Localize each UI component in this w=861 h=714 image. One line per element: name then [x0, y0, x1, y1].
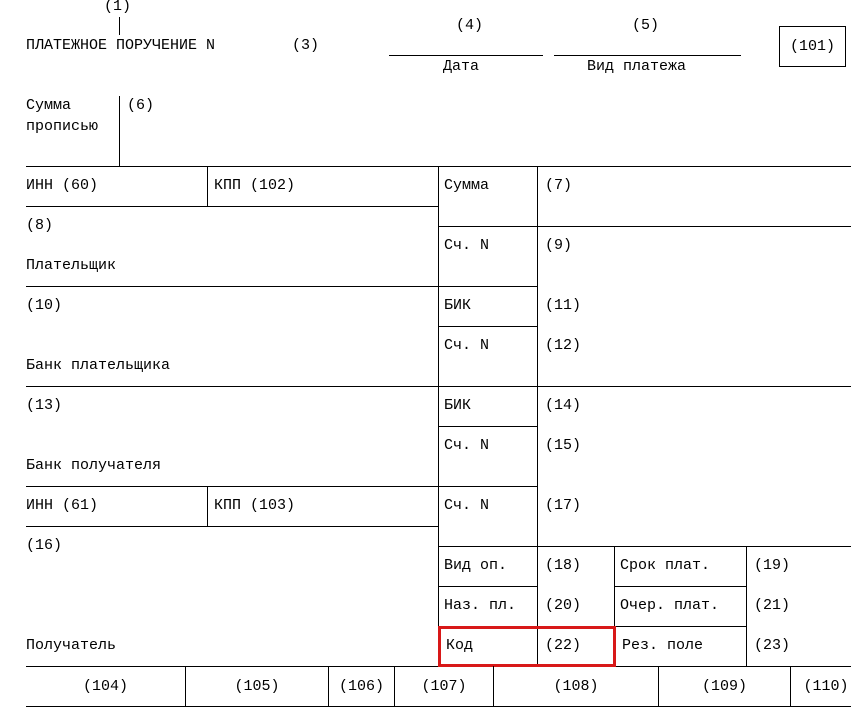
sum-label: Сумма [444, 177, 489, 194]
payee-bank-label: Банк получателя [26, 457, 161, 474]
payer-label: Плательщик [26, 257, 116, 274]
field-8[interactable]: (8) [26, 217, 53, 234]
amount-words-divider [119, 96, 120, 166]
reserve-label: Рез. поле [622, 637, 703, 654]
field-19[interactable]: (19) [754, 557, 790, 574]
amount-words-label-1: Сумма [26, 97, 71, 114]
field-9[interactable]: (9) [545, 237, 572, 254]
grid-line [438, 166, 439, 666]
field-14[interactable]: (14) [545, 397, 581, 414]
field-10[interactable]: (10) [26, 297, 62, 314]
field-5[interactable]: (5) [632, 17, 659, 34]
field-6[interactable]: (6) [127, 97, 154, 114]
field-18[interactable]: (18) [545, 557, 581, 574]
payment-type-label: Вид платежа [587, 58, 686, 75]
payer-account-label: Сч. N [444, 237, 489, 254]
field-21[interactable]: (21) [754, 597, 790, 614]
field-106[interactable]: (106) [329, 667, 394, 706]
op-type-label: Вид оп. [444, 557, 507, 574]
grid-line [438, 226, 851, 227]
field-1: (1) [104, 0, 131, 15]
grid-line [207, 166, 208, 206]
date-underline [389, 55, 543, 56]
payer-bank-label: Банк плательщика [26, 357, 170, 374]
grid-line [614, 586, 746, 587]
field-12[interactable]: (12) [545, 337, 581, 354]
document-title: ПЛАТЕЖНОЕ ПОРУЧЕНИЕ N [26, 37, 215, 54]
payer-inn[interactable]: ИНН (60) [26, 177, 98, 194]
payment-type-underline [554, 55, 741, 56]
grid-line [207, 486, 208, 526]
grid-line [26, 486, 537, 487]
payee-label: Получатель [26, 637, 116, 654]
field-107[interactable]: (107) [395, 667, 493, 706]
payee-account-label: Сч. N [444, 497, 489, 514]
grid-line [438, 326, 537, 327]
pay-term-label: Срок плат. [620, 557, 710, 574]
payer-bank-bik-label: БИК [444, 297, 471, 314]
field-11[interactable]: (11) [545, 297, 581, 314]
field-104[interactable]: (104) [26, 667, 185, 706]
grid-line [614, 626, 746, 627]
field-3[interactable]: (3) [292, 37, 319, 54]
field-109[interactable]: (109) [659, 667, 790, 706]
grid-line [438, 426, 537, 427]
field-110[interactable]: (110) [791, 667, 861, 706]
field-7[interactable]: (7) [545, 177, 572, 194]
grid-line [26, 706, 851, 707]
date-label: Дата [443, 58, 479, 75]
field-20[interactable]: (20) [545, 597, 581, 614]
field-16[interactable]: (16) [26, 537, 62, 554]
payee-bank-bik-label: БИК [444, 397, 471, 414]
grid-line [26, 206, 438, 207]
priority-label: Очер. плат. [620, 597, 719, 614]
payer-bank-account-label: Сч. N [444, 337, 489, 354]
payee-inn[interactable]: ИНН (61) [26, 497, 98, 514]
grid-line [438, 586, 537, 587]
field-1-pointer [119, 17, 120, 35]
field-4[interactable]: (4) [456, 17, 483, 34]
field-13[interactable]: (13) [26, 397, 62, 414]
grid-line [26, 526, 438, 527]
grid-line [746, 546, 747, 666]
payee-kpp[interactable]: КПП (103) [214, 497, 295, 514]
grid-line [537, 166, 538, 666]
code-row-highlight [438, 626, 616, 667]
field-108[interactable]: (108) [494, 667, 658, 706]
amount-words-label-2: прописью [26, 118, 98, 135]
field-101-box[interactable]: (101) [779, 26, 846, 67]
payer-kpp[interactable]: КПП (102) [214, 177, 295, 194]
field-105[interactable]: (105) [186, 667, 328, 706]
payee-bank-account-label: Сч. N [444, 437, 489, 454]
grid-line [438, 546, 851, 547]
purpose-label: Наз. пл. [444, 597, 516, 614]
field-17[interactable]: (17) [545, 497, 581, 514]
grid-line [26, 286, 537, 287]
field-15[interactable]: (15) [545, 437, 581, 454]
field-23[interactable]: (23) [754, 637, 790, 654]
field-101: (101) [790, 38, 835, 55]
